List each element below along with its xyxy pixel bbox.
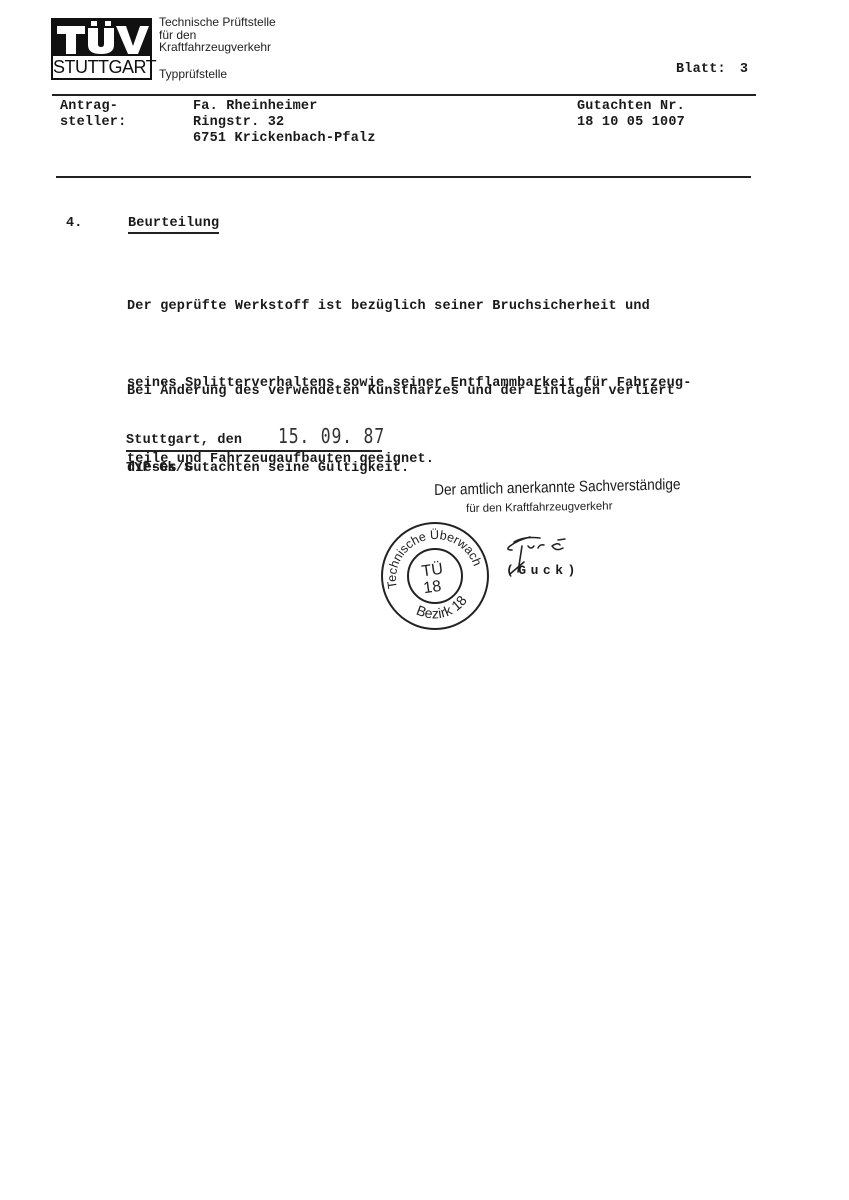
tuv-logo: STUTTGART	[51, 18, 152, 80]
report-number-block: Gutachten Nr. 18 10 05 1007	[577, 99, 685, 131]
applicant-label-line: Antrag-	[60, 99, 126, 115]
stamp-center-line1: TÜ	[420, 560, 444, 581]
report-label: Gutachten Nr.	[577, 99, 685, 115]
date-underline	[126, 450, 382, 452]
applicant-street: Ringstr. 32	[193, 115, 376, 131]
org-line: Kraftfahrzeugverkehr	[159, 41, 276, 54]
header-top-rule	[52, 94, 756, 96]
applicant-label-line: steller:	[60, 115, 126, 131]
paragraph-line: Bei Änderung des verwendeten Kunstharzes…	[127, 379, 767, 405]
logo-city: STUTTGART	[53, 56, 150, 78]
applicant-name: Fa. Rheinheimer	[193, 99, 376, 115]
org-name: Technische Prüftstelle für den Kraftfahr…	[159, 16, 276, 54]
applicant-label: Antrag- steller:	[60, 99, 126, 131]
org-line: Technische Prüftstelle	[159, 16, 276, 29]
reference-code: TYP-Gk/S	[126, 461, 192, 476]
department: Typprüfstelle	[159, 67, 227, 81]
section-title: Beurteilung	[128, 216, 219, 234]
stamp-center-line2: 18	[422, 578, 442, 597]
expert-subtitle: für den Kraftfahrzeugverkehr	[466, 500, 613, 515]
report-number: 18 10 05 1007	[577, 115, 685, 131]
header-bottom-rule	[56, 176, 751, 178]
tuv-logo-mark	[53, 20, 150, 56]
applicant-address: Fa. Rheinheimer Ringstr. 32 6751 Kricken…	[193, 99, 376, 147]
official-stamp: Technische Überwachung Bezirk 18 TÜ 18	[375, 520, 495, 632]
sheet-value: 3	[740, 62, 748, 77]
section-number: 4.	[66, 216, 83, 231]
applicant-city: 6751 Krickenbach-Pfalz	[193, 131, 376, 147]
sheet-number: Blatt:3	[676, 62, 748, 77]
place-label: Stuttgart, den	[126, 433, 242, 448]
date-stamp: 15. 09. 87	[278, 424, 385, 448]
paragraph-line: Der geprüfte Werkstoff ist bezüglich sei…	[127, 294, 767, 320]
signer-name: (Guck)	[506, 563, 580, 578]
sheet-label: Blatt:	[676, 62, 726, 77]
